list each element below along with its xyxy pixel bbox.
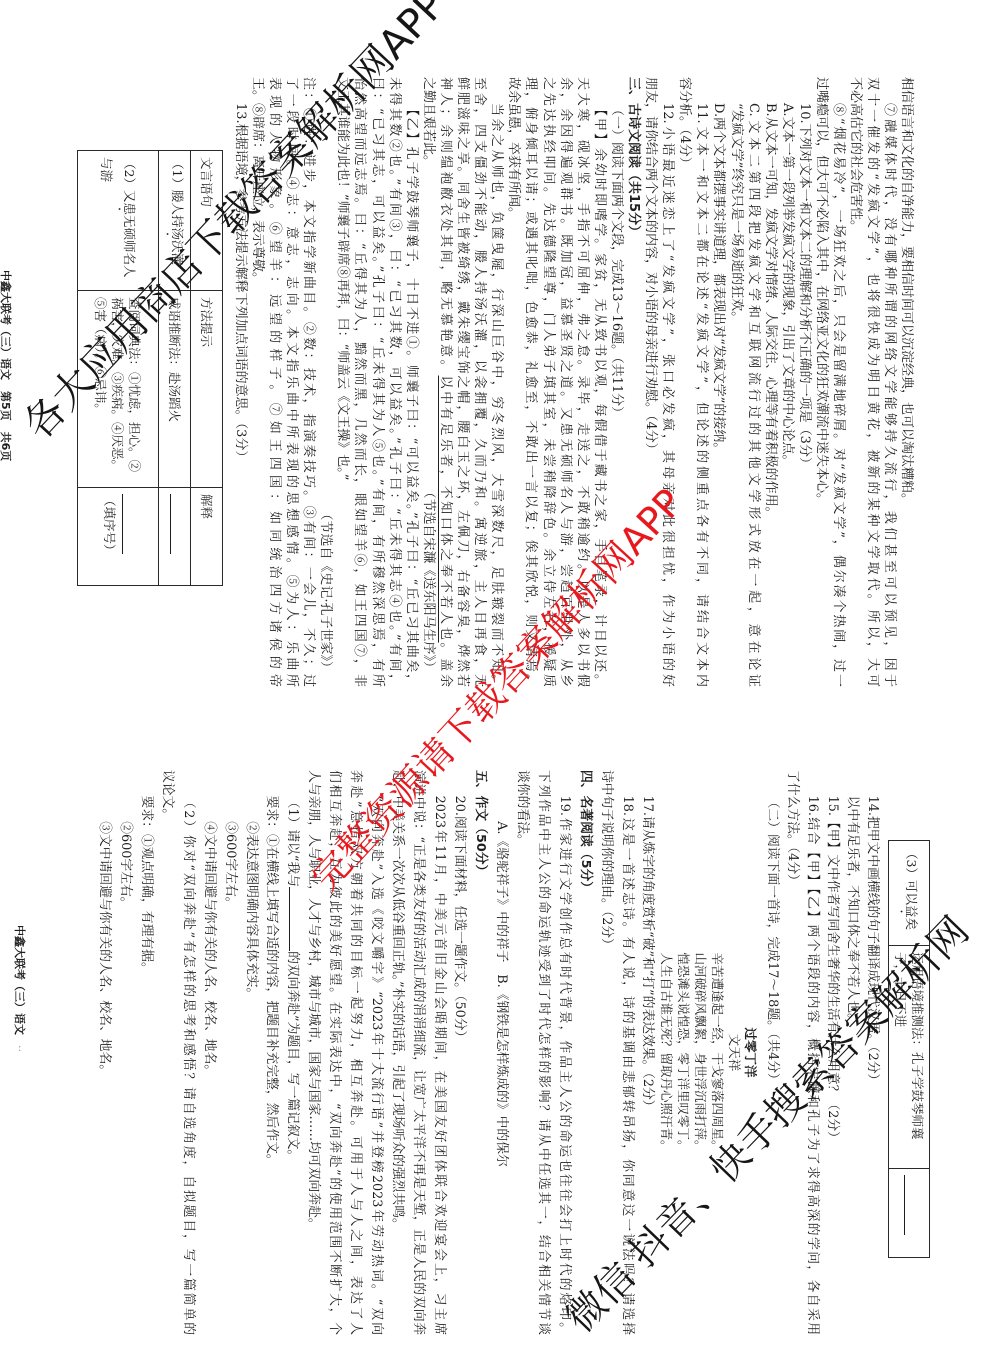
page-6-footer: 中鑫大联考（三）语文·· bbox=[12, 925, 28, 1052]
text-line: 下列作品中主人公的命运轨迹受到了时代怎样的影响？请从中任选其一，结合相关情节谈 bbox=[532, 770, 553, 1335]
text-segment: （1）请以“我与 bbox=[285, 796, 300, 887]
text-line: 要求：①在横线上填写合适的内容，把题目补充完整，然后作文。 bbox=[261, 770, 282, 1335]
sentence-text: 矣 bbox=[905, 917, 920, 930]
option-b: B.《钢铁是怎样炼成的》中的保尔 bbox=[494, 974, 509, 1167]
table-row: （3）可以益矣 运用语境推测法：孔子学鼓琴师襄子，十日不进 bbox=[889, 841, 930, 1258]
answer-cell bbox=[889, 1169, 930, 1258]
question: 20.阅读下面材料，任选一题作文。（50分） bbox=[449, 770, 470, 1335]
vocabulary-table-continued: （3）可以益矣 运用语境推测法：孔子学鼓琴师襄子，十日不进 bbox=[888, 840, 930, 1258]
text-line: A.《骆驼祥子》中的祥子B.《钢铁是怎样炼成的》中的保尔 bbox=[490, 770, 511, 1335]
text-line: （1）请以“我与的双向奔赴”为题目，写一篇记叙文。 bbox=[281, 770, 302, 1335]
text-line: ②表达意图明确内容具体充实。 bbox=[240, 770, 261, 1335]
text-line: 议论文。 bbox=[156, 770, 177, 1335]
text-line: 演讲中说：“正是各类友好的活动汇成的涓涓细流，让宽广太平洋不再是天堑，正是人民的… bbox=[407, 770, 428, 1335]
text-line: 2023年11月，中美元首旧金山会晤期间，在美国友好团体联合欢迎宴会上，习主席 bbox=[428, 770, 449, 1335]
answer-blank bbox=[905, 1175, 917, 1235]
text-segment: 的双向奔赴”为题目，写一篇记叙文。 bbox=[285, 951, 300, 1162]
text-line: 诗中句子说明你的理由。（2分） bbox=[595, 770, 616, 1335]
text-line: （2）你对“双向奔赴”有怎样的思考和感悟？请自选角度，自拟题目，写一篇简单的 bbox=[177, 770, 198, 1335]
text-line: 谈你的看法。 bbox=[511, 770, 532, 1335]
footer-faded-text: ·· bbox=[13, 1045, 26, 1052]
section-heading: 五、作文（50分） bbox=[469, 770, 490, 1335]
poem-title: 过零丁洋 bbox=[742, 770, 759, 1335]
footer-text: 中鑫大联考（三）语文 bbox=[13, 925, 26, 1035]
poem-line: 山河破碎风飘絮，身世浮沉雨打萍。 bbox=[691, 770, 708, 1335]
dotted-word: 益 bbox=[905, 905, 920, 918]
sentence-text: （3）可以 bbox=[905, 847, 920, 905]
text-line: 赴，中美关系一次次从低谷重回正轨。”朴实的话语，引起了现场听众的强烈共鸣。 bbox=[386, 770, 407, 1335]
text-line: 要求：①观点明确，有理有据。 bbox=[135, 770, 156, 1335]
section-heading: 四、名著阅读（5分） bbox=[574, 770, 595, 1335]
fill-in-blank bbox=[289, 887, 302, 951]
text-line: ③文中请回避与你有关的人名、校名、地名。 bbox=[93, 770, 114, 1335]
poem-author: 文天祥 bbox=[725, 770, 742, 1335]
sub-heading: （二）阅读下面一首诗，完成17～18题。（共4分） bbox=[762, 770, 782, 1335]
text-line: ②600字左右。 bbox=[114, 770, 135, 1335]
text-line: ③600字左右。 bbox=[219, 770, 240, 1335]
question: 19.作家进行文学创作总有时代背景，作品主人公的命运也往往会打上时代的烙印。 bbox=[553, 770, 574, 1335]
poem-line: 辛苦遭逢起一经，干戈寥落四周星。 bbox=[708, 770, 725, 1335]
option-a: A.《骆驼祥子》中的祥子 bbox=[490, 821, 511, 974]
text-line: ④文中请回避与你有关的人名、校名、地名。 bbox=[198, 770, 219, 1335]
text-line: 了什么方法。（4分） bbox=[782, 770, 802, 1335]
